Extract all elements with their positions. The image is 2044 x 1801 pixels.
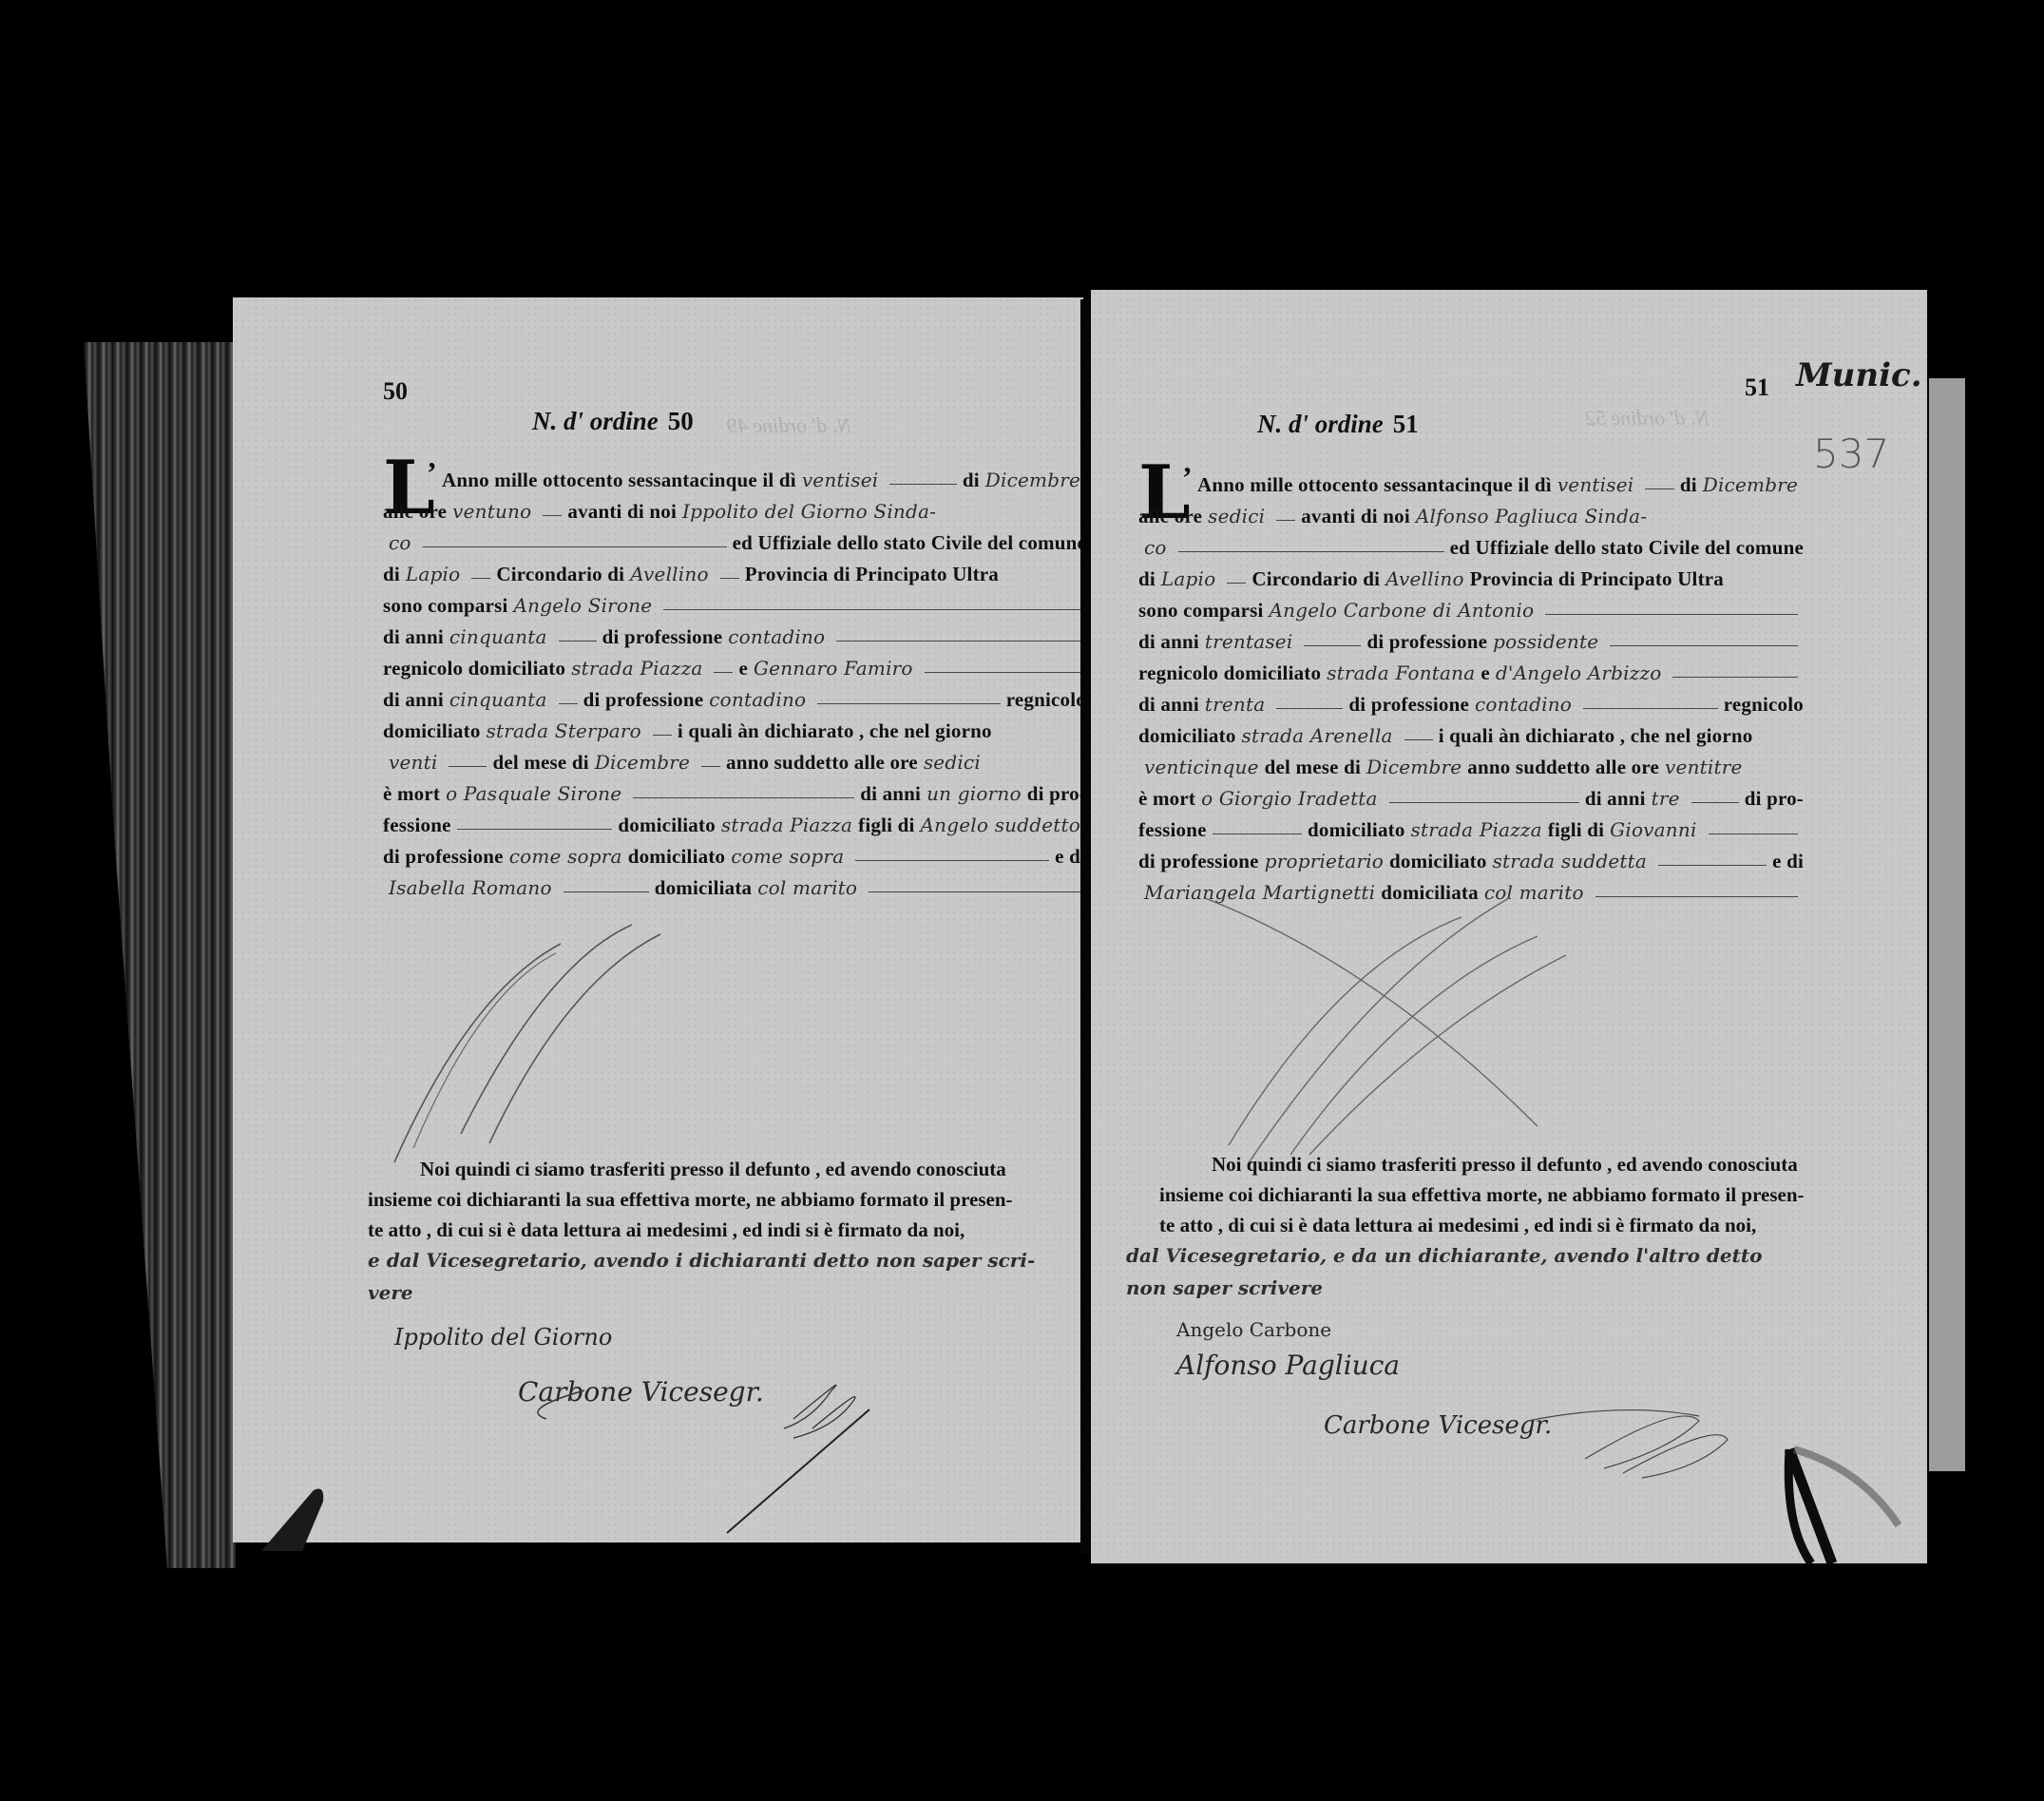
page-stack-right (1929, 378, 1965, 1471)
form-text: domiciliato (1138, 724, 1236, 748)
field-comune: Lapio (1156, 567, 1221, 591)
form-text: Circondario di (1251, 567, 1380, 591)
bleed-through-text: N. d' ordine 52 (1585, 406, 1710, 431)
form-text: sono comparsi (383, 594, 508, 618)
field-day: ventisei (1552, 473, 1640, 497)
form-text: di professione (1366, 630, 1487, 654)
field-death-day: venticinque (1138, 756, 1265, 779)
form-text: di anni (1138, 630, 1199, 654)
field-domicile-1: strada Piazza (565, 657, 708, 680)
handwritten-closing: dal Vicesegretario, e da un dichiarante,… (1126, 1244, 1843, 1276)
signature-flourish (508, 1352, 907, 1542)
field-month: Dicembre (980, 469, 1086, 492)
closing-line: te atto , di cui si è data lettura ai me… (1159, 1214, 1843, 1244)
field-domicile-1: strada Fontana (1321, 661, 1480, 685)
form-text: regnicolo domiciliato (1138, 661, 1321, 685)
field-declarant-1: Angelo Carbone di Antonio (1264, 599, 1540, 623)
form-text: avanti di noi (567, 500, 677, 524)
signature-mayor: Alfonso Pagliuca (1176, 1350, 1400, 1381)
field-officer-cont: co (383, 531, 417, 555)
form-text: regnicolo (1006, 688, 1086, 712)
form-text: domiciliato (383, 719, 481, 743)
form-text: fessione (383, 814, 451, 837)
form-text: avanti di noi (1301, 505, 1410, 528)
form-text: è mort (383, 782, 440, 806)
form-text: ed Uffiziale dello stato Civile del comu… (1450, 536, 1804, 560)
closing-statement: Noi quindi ci siamo trasferiti presso il… (368, 1158, 1071, 1313)
form-text: di (963, 469, 980, 492)
field-death-month: Dicembre (1361, 756, 1467, 779)
closing-statement: Noi quindi ci siamo trasferiti presso il… (1159, 1153, 1843, 1309)
form-text: fessione (1138, 818, 1207, 842)
form-text: di anni (383, 688, 444, 712)
field-age-2: trenta (1199, 693, 1270, 717)
form-text: figli (1548, 818, 1582, 842)
field-hour: ventuno (447, 500, 537, 524)
form-text: regnicolo domiciliato (383, 657, 565, 680)
form-text: Provincia di Principato Ultra (745, 563, 999, 586)
order-number-heading: N. d' ordine51 (1257, 410, 1419, 439)
cancellation-strokes (233, 849, 1083, 1210)
form-text: figli (858, 814, 892, 837)
form-text: di professione (583, 688, 704, 712)
field-deceased-name: o Pasquale Sirone (440, 782, 627, 806)
field-declarant-2: d'Angelo Arbizzo (1490, 661, 1668, 685)
death-record-form-51: L’ Anno mille ottocento sessantacinque i… (1138, 466, 1804, 905)
handwritten-closing: vere (368, 1281, 1071, 1313)
death-record-form-50: L’ Anno mille ottocento sessantacinque i… (383, 461, 1086, 900)
field-circondario: Avellino (1380, 567, 1469, 591)
field-declarant-2: Gennaro Famiro (748, 657, 919, 680)
form-text: sono comparsi (1138, 599, 1264, 623)
field-profession-2: contadino (703, 688, 812, 712)
signature-flourish (1509, 1383, 1927, 1573)
signature-mayor: Ippolito del Giorno (394, 1324, 612, 1351)
form-text: anno suddetto alle ore (1467, 756, 1659, 779)
form-text: di (1138, 567, 1156, 591)
field-age-1: cinquanta (444, 625, 553, 649)
form-text: di pro- (1745, 787, 1804, 811)
order-label: N. d' ordine (1257, 410, 1384, 438)
field-father: Angelo suddetto (915, 814, 1086, 837)
closing-line: te atto , di cui si è data lettura ai me… (368, 1218, 1071, 1249)
form-text: Circondario di (496, 563, 624, 586)
handwritten-closing: non saper scrivere (1126, 1276, 1843, 1309)
form-text: di professione (602, 625, 723, 649)
margin-annotation: Munic. (1796, 356, 1922, 394)
field-officer: Alfonso Pagliuca Sinda- (1410, 505, 1652, 528)
form-text: alle ore (1138, 505, 1202, 528)
field-deceased-age: tre (1646, 787, 1686, 811)
form-text: del mese di (1265, 756, 1361, 779)
form-text: i quali àn dichiarato , che nel giorno (678, 719, 992, 743)
field-circondario: Avellino (624, 563, 714, 586)
form-text: domiciliato (618, 814, 716, 837)
order-label: N. d' ordine (532, 407, 659, 435)
form-text: alle ore (383, 500, 447, 524)
field-age-2: cinquanta (444, 688, 553, 712)
field-profession-2: contadino (1469, 693, 1577, 717)
form-text: di anni (860, 782, 921, 806)
form-text: è mort (1138, 787, 1195, 811)
form-text: Anno mille ottocento sessantacinque il d… (442, 469, 796, 492)
field-death-hour: sedici (918, 751, 986, 775)
handwritten-closing: e dal Vicesegretario, avendo i dichiaran… (368, 1249, 1071, 1281)
form-text: Provincia di Principato Ultra (1470, 567, 1724, 591)
field-domicile-2: strada Sterparo (481, 719, 647, 743)
form-text: ed Uffiziale dello stato Civile del comu… (733, 531, 1086, 555)
form-text: di (1680, 473, 1697, 497)
bleed-through-text: N. d' ordine 49 (727, 413, 851, 438)
field-officer-cont: co (1138, 536, 1173, 560)
form-text: di (1587, 818, 1604, 842)
order-number: 51 (1393, 410, 1419, 438)
book-spine (1080, 299, 1089, 1554)
form-text: di anni (1138, 693, 1199, 717)
form-text: di anni (1585, 787, 1646, 811)
form-text: di (898, 814, 915, 837)
page-stack-left (84, 342, 236, 1568)
form-text: di professione (1348, 693, 1469, 717)
field-declarant-1: Angelo Sirone (508, 594, 659, 618)
page-number: 50 (383, 377, 408, 406)
field-death-month: Dicembre (589, 751, 696, 775)
form-text: anno suddetto alle ore (726, 751, 918, 775)
order-number: 50 (668, 407, 694, 435)
field-domicile-2: strada Arenella (1236, 724, 1399, 748)
form-text: di (383, 563, 400, 586)
field-death-hour: ventitre (1659, 756, 1748, 779)
field-profession-1: contadino (722, 625, 831, 649)
field-deceased-domicile: strada Piazza (1405, 818, 1548, 842)
closing-line: Noi quindi ci siamo trasferiti presso il… (368, 1158, 1071, 1188)
form-text: i quali àn dichiarato , che nel giorno (1439, 724, 1753, 748)
closing-line: insieme coi dichiaranti la sua effettiva… (1159, 1183, 1843, 1214)
order-number-heading: N. d' ordine50 (532, 407, 694, 436)
form-text: di anni (383, 625, 444, 649)
field-officer: Ippolito del Giorno Sinda- (677, 500, 942, 524)
field-month: Dicembre (1697, 473, 1804, 497)
field-deceased-name: o Giorgio Iradetta (1195, 787, 1384, 811)
left-page: 50 N. d' ordine50 N. d' ordine 49 L’ Ann… (233, 297, 1083, 1542)
form-text: di pro- (1027, 782, 1086, 806)
signature-declarant: Angelo Carbone (1176, 1318, 1331, 1341)
page-number: 51 (1745, 374, 1769, 402)
form-text: domiciliato (1308, 818, 1405, 842)
margin-number: 537 (1813, 431, 1889, 477)
field-death-day: venti (383, 751, 443, 775)
field-profession-1: possidente (1487, 630, 1604, 654)
field-age-1: trentasei (1199, 630, 1299, 654)
form-text: del mese di (492, 751, 588, 775)
field-comune: Lapio (400, 563, 466, 586)
closing-line: insieme coi dichiaranti la sua effettiva… (368, 1188, 1071, 1218)
form-text: e (1480, 661, 1490, 685)
field-day: ventisei (796, 469, 885, 492)
form-text: e (738, 657, 748, 680)
field-hour: sedici (1202, 505, 1270, 528)
corner-mark-left (257, 1483, 333, 1559)
closing-line: Noi quindi ci siamo trasferiti presso il… (1159, 1153, 1843, 1183)
right-page: 51 Munic. 537 N. d' ordine 52 N. d' ordi… (1091, 290, 1927, 1563)
field-deceased-age: un giorno (921, 782, 1027, 806)
form-text: Anno mille ottocento sessantacinque il d… (1197, 473, 1552, 497)
form-text: regnicolo (1724, 693, 1804, 717)
field-father: Giovanni (1604, 818, 1702, 842)
field-deceased-domicile: strada Piazza (716, 814, 858, 837)
